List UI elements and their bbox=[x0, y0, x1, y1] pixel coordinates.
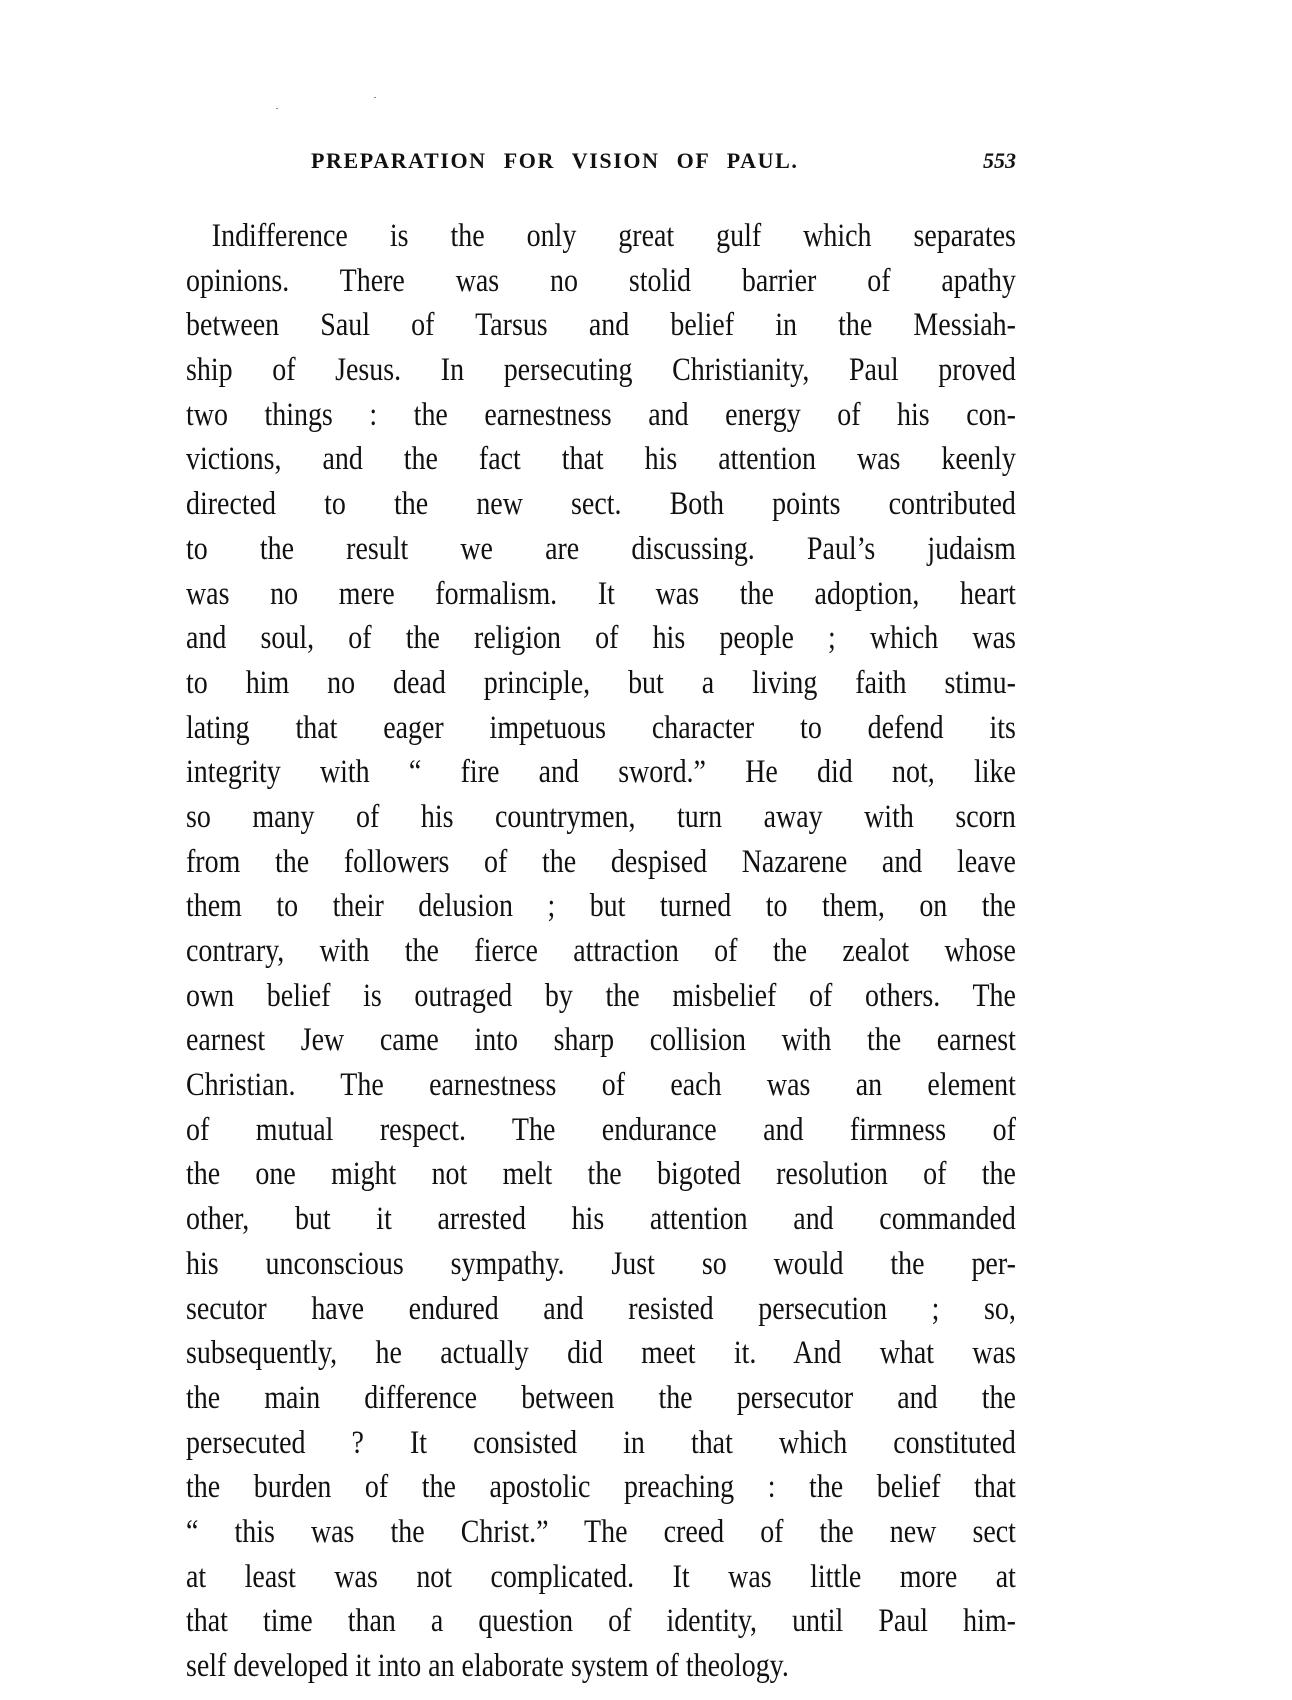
running-header: PREPARATION FOR VISION OF PAUL. 553 bbox=[188, 146, 1016, 176]
text-line: directed to the new sect. Both points co… bbox=[186, 482, 1016, 527]
text-line: to him no dead principle, but a living f… bbox=[186, 661, 1016, 706]
text-line: own belief is outraged by the misbelief … bbox=[186, 974, 1016, 1019]
text-line: other, but it arrested his attention and… bbox=[186, 1197, 1016, 1242]
text-line: that time than a question of identity, u… bbox=[186, 1599, 1016, 1644]
text-line: integrity with “ fire and sword.” He did… bbox=[186, 750, 1016, 795]
text-line: two things : the earnestness and energy … bbox=[186, 393, 1016, 438]
text-line: Christian. The earnestness of each was a… bbox=[186, 1063, 1016, 1108]
text-line: the main difference between the persecut… bbox=[186, 1376, 1016, 1421]
text-line: earnest Jew came into sharp collision wi… bbox=[186, 1018, 1016, 1063]
text-line: subsequently, he actually did meet it. A… bbox=[186, 1331, 1016, 1376]
body-paragraph: Indifference is the only great gulf whic… bbox=[186, 214, 1016, 1689]
text-line: the one might not melt the bigoted resol… bbox=[186, 1152, 1016, 1197]
text-line: them to their delusion ; but turned to t… bbox=[186, 884, 1016, 929]
text-line: lating that eager impetuous character to… bbox=[186, 706, 1016, 751]
text-line: was no mere formalism. It was the adopti… bbox=[186, 572, 1016, 617]
scan-speck bbox=[276, 108, 278, 109]
text-line: contrary, with the fierce attraction of … bbox=[186, 929, 1016, 974]
text-line: so many of his countrymen, turn away wit… bbox=[186, 795, 1016, 840]
page-number: 553 bbox=[983, 146, 1016, 176]
text-line: his unconscious sympathy. Just so would … bbox=[186, 1242, 1016, 1287]
text-line: of mutual respect. The endurance and fir… bbox=[186, 1108, 1016, 1153]
book-page: PREPARATION FOR VISION OF PAUL. 553 Indi… bbox=[0, 0, 1292, 1700]
text-line: ship of Jesus. In persecuting Christiani… bbox=[186, 348, 1016, 393]
text-line: from the followers of the despised Nazar… bbox=[186, 840, 1016, 885]
text-line: “ this was the Christ.” The creed of the… bbox=[186, 1510, 1016, 1555]
text-line: opinions. There was no stolid barrier of… bbox=[186, 259, 1016, 304]
text-line: Indifference is the only great gulf whic… bbox=[186, 214, 1016, 259]
text-line: to the result we are discussing. Paul’s … bbox=[186, 527, 1016, 572]
text-line: victions, and the fact that his attentio… bbox=[186, 437, 1016, 482]
scan-speck bbox=[374, 97, 376, 98]
text-line: between Saul of Tarsus and belief in the… bbox=[186, 303, 1016, 348]
text-line: self developed it into an elaborate syst… bbox=[186, 1644, 1016, 1689]
text-line: persecuted ? It consisted in that which … bbox=[186, 1421, 1016, 1466]
text-line: secutor have endured and resisted persec… bbox=[186, 1287, 1016, 1332]
text-line: the burden of the apostolic preaching : … bbox=[186, 1465, 1016, 1510]
text-line: and soul, of the religion of his people … bbox=[186, 616, 1016, 661]
running-title: PREPARATION FOR VISION OF PAUL. bbox=[311, 146, 798, 176]
text-line: at least was not complicated. It was lit… bbox=[186, 1555, 1016, 1600]
